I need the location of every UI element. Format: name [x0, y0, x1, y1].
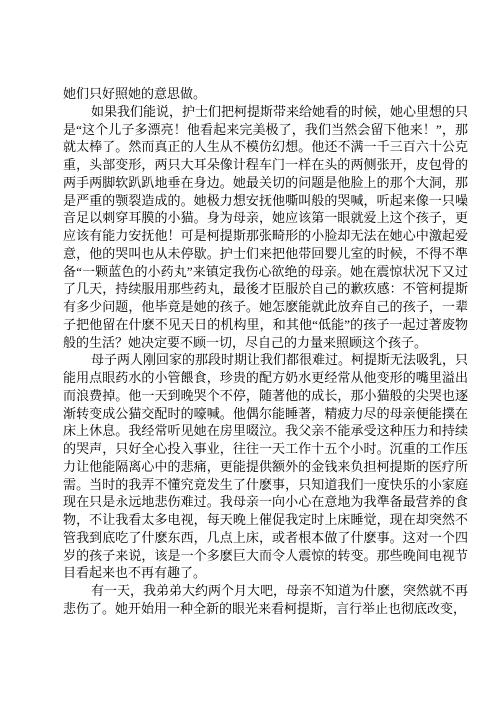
paragraph-hospital: 如果我们能说，护士们把柯提斯带来给她看的时候，她心里想的只是“这个儿子多漂亮！他… — [63, 103, 468, 352]
paragraph-continuation: 她们只好照她的意思做。 — [63, 85, 468, 103]
paragraph-homecoming: 母子两人刚回家的那段时期让我们都很难过。柯提斯无法吸乳，只能用点眼药水的小管餵食… — [63, 351, 468, 582]
document-page: 她们只好照她的意思做。 如果我们能说，护士们把柯提斯带来给她看的时候，她心里想的… — [0, 0, 501, 711]
paragraph-change: 有一天，我弟弟大约两个月大吧，母亲不知道为什麽，突然就不再悲伤了。她开始用一种全… — [63, 582, 468, 618]
page-text-block: 她们只好照她的意思做。 如果我们能说，护士们把柯提斯带来给她看的时候，她心里想的… — [63, 85, 468, 618]
